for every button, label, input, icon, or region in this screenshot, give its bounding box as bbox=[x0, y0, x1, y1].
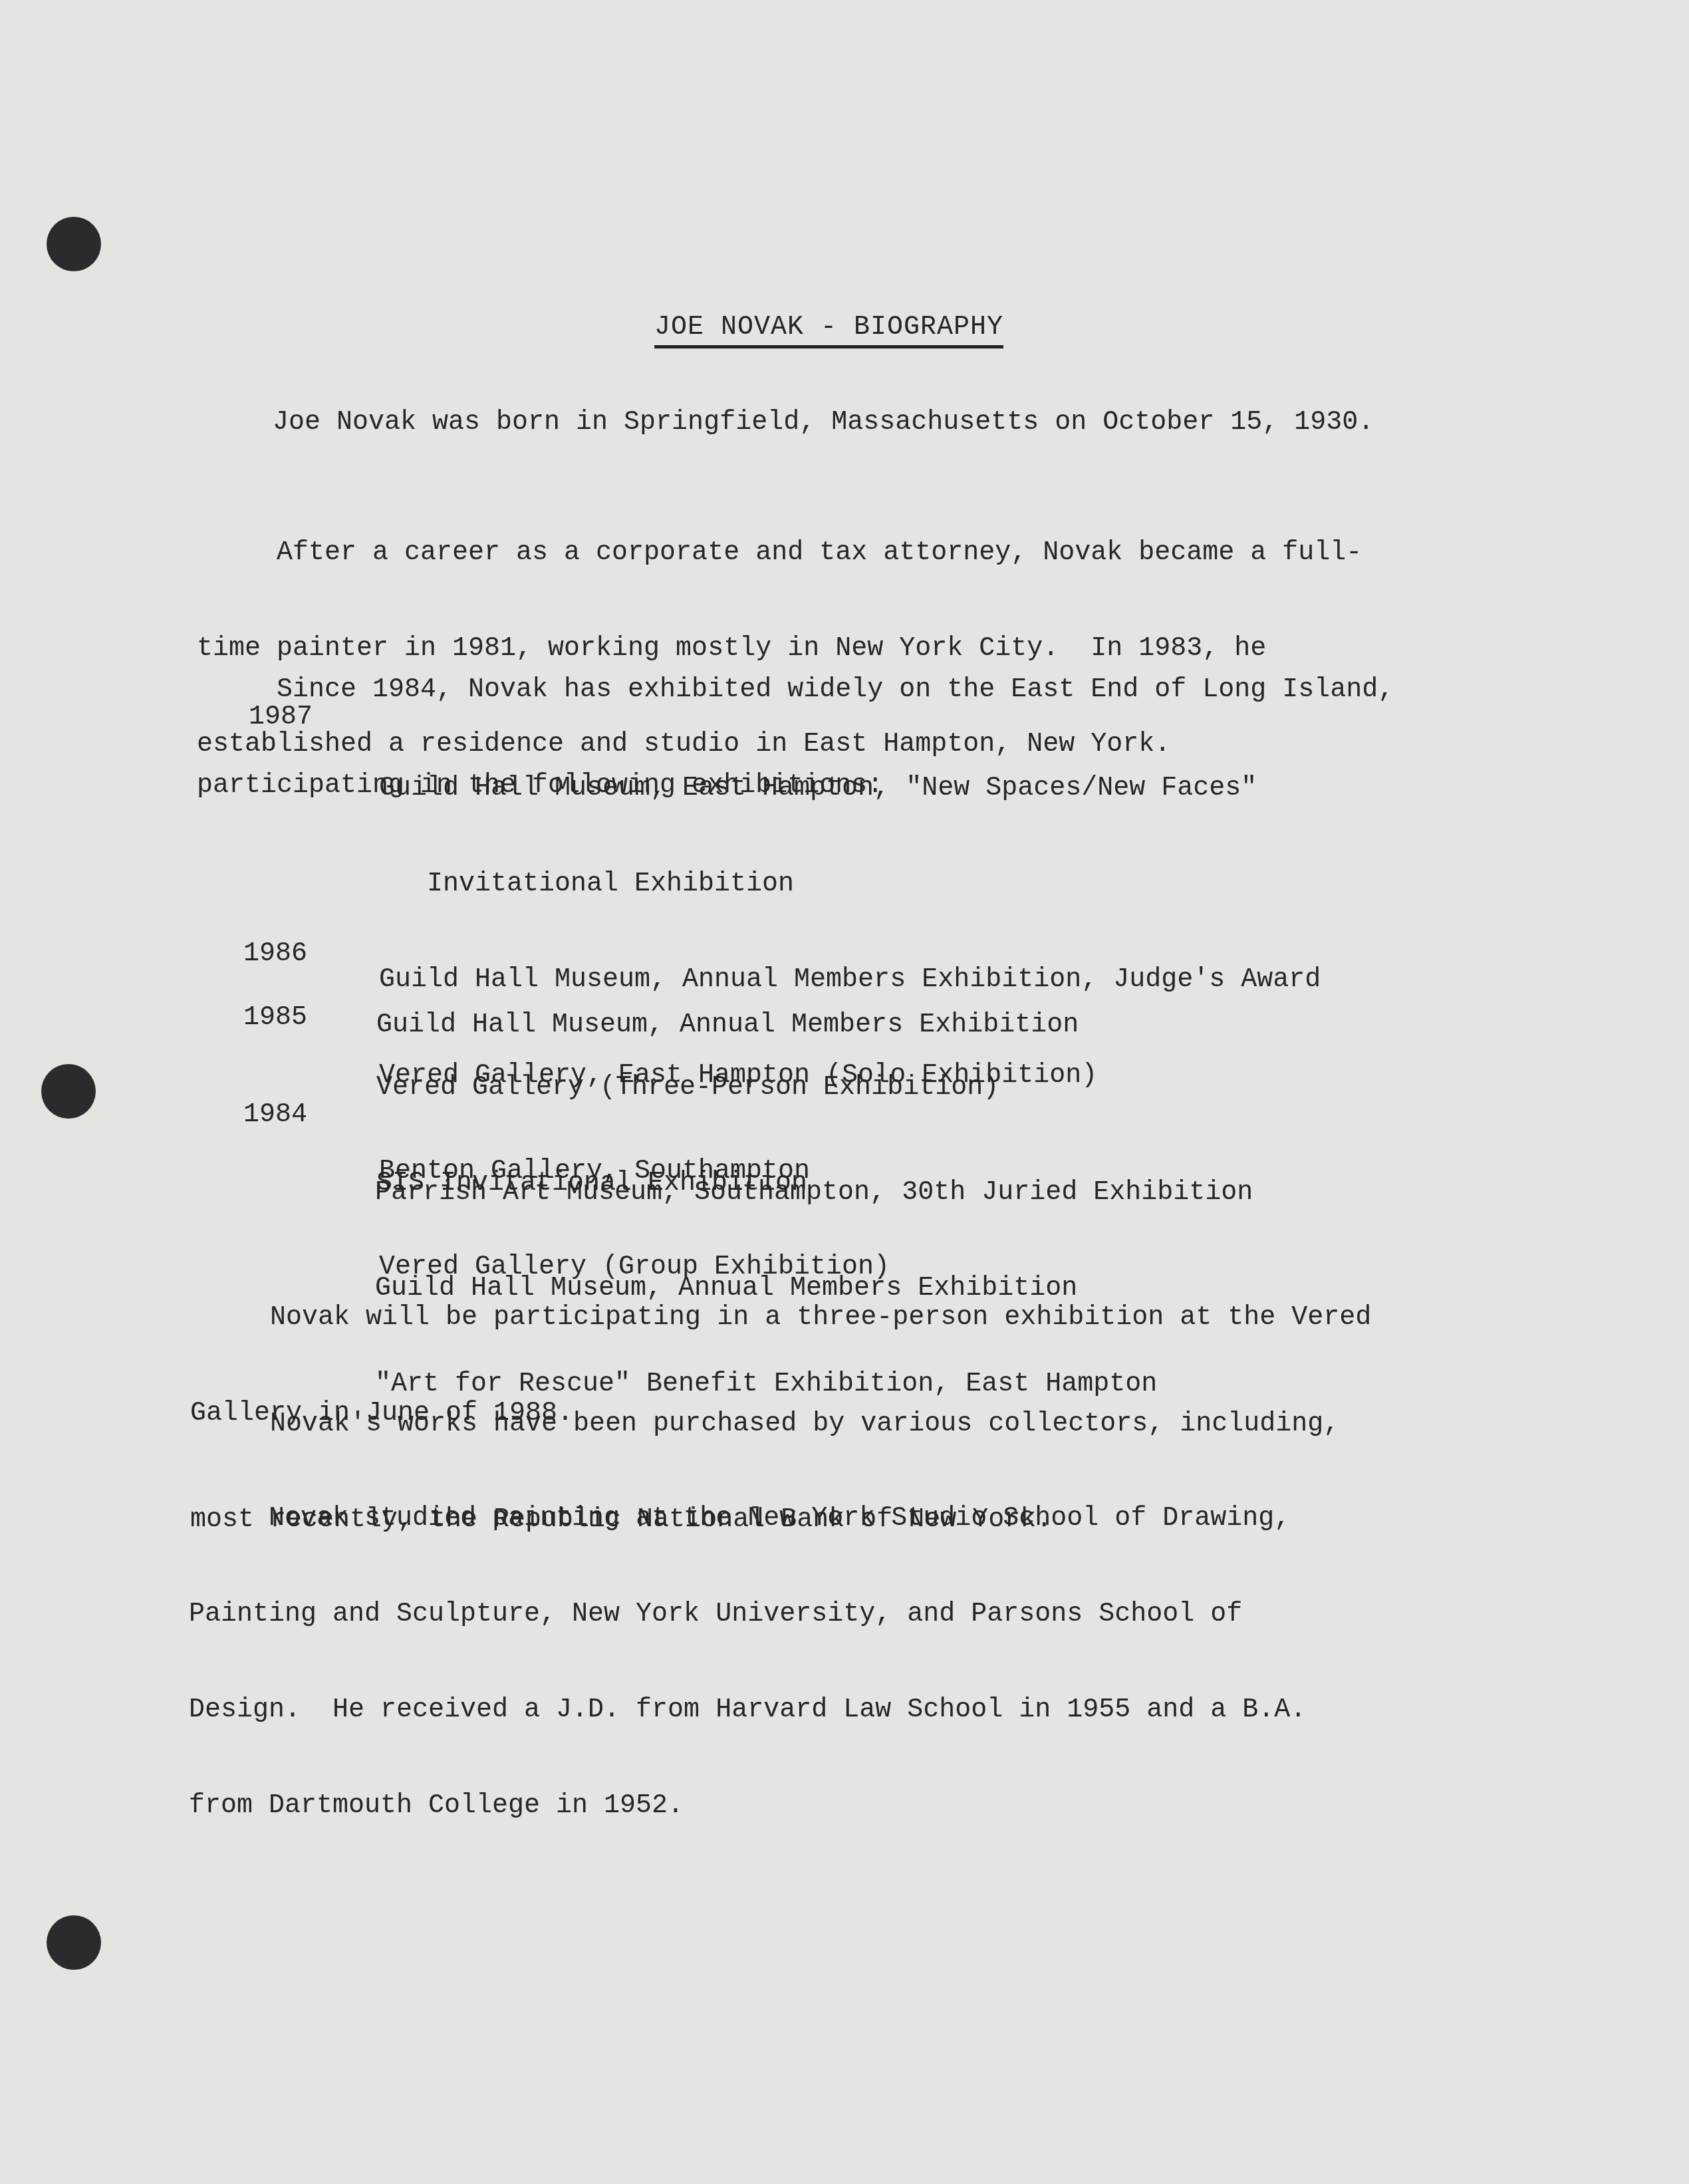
exhibition-entry: Invitational Exhibition bbox=[379, 869, 1321, 900]
text-line: Since 1984, Novak has exhibited widely o… bbox=[197, 674, 1394, 706]
text-line: Novak studied painting at the New York S… bbox=[189, 1503, 1306, 1535]
exhibition-year: 1987 bbox=[249, 702, 313, 732]
text-line: Design. He received a J.D. from Harvard … bbox=[189, 1695, 1306, 1726]
punch-hole-middle bbox=[41, 1064, 96, 1119]
paragraph-birth: Joe Novak was born in Springfield, Massa… bbox=[193, 407, 1374, 439]
exhibition-entry: Guild Hall Museum, East Hampton, "New Sp… bbox=[379, 773, 1321, 805]
paragraph-education: Novak studied painting at the New York S… bbox=[189, 1439, 1306, 1886]
text-line: Novak's works have been purchased by var… bbox=[190, 1409, 1339, 1440]
punch-hole-bottom bbox=[47, 1915, 101, 1970]
text-line: Novak will be participating in a three-p… bbox=[190, 1302, 1371, 1334]
exhibition-entry: Vered Gallery (Three-Person Exhibition) bbox=[376, 1072, 999, 1104]
text-line: After a career as a corporate and tax at… bbox=[197, 537, 1362, 569]
punch-hole-top bbox=[47, 217, 101, 271]
document-title: JOE NOVAK - BIOGRAPHY bbox=[654, 313, 1003, 348]
exhibition-entry: Parrish Art Museum, Southampton, 30th Ju… bbox=[375, 1177, 1253, 1209]
exhibition-year: 1986 bbox=[243, 939, 307, 969]
document-page: JOE NOVAK - BIOGRAPHY Joe Novak was born… bbox=[0, 0, 1689, 2184]
text-line: from Dartmouth College in 1952. bbox=[189, 1790, 1306, 1822]
exhibition-year: 1984 bbox=[243, 1100, 307, 1130]
text-line: Painting and Sculpture, New York Univers… bbox=[189, 1599, 1306, 1631]
exhibition-year: 1985 bbox=[243, 1003, 307, 1033]
